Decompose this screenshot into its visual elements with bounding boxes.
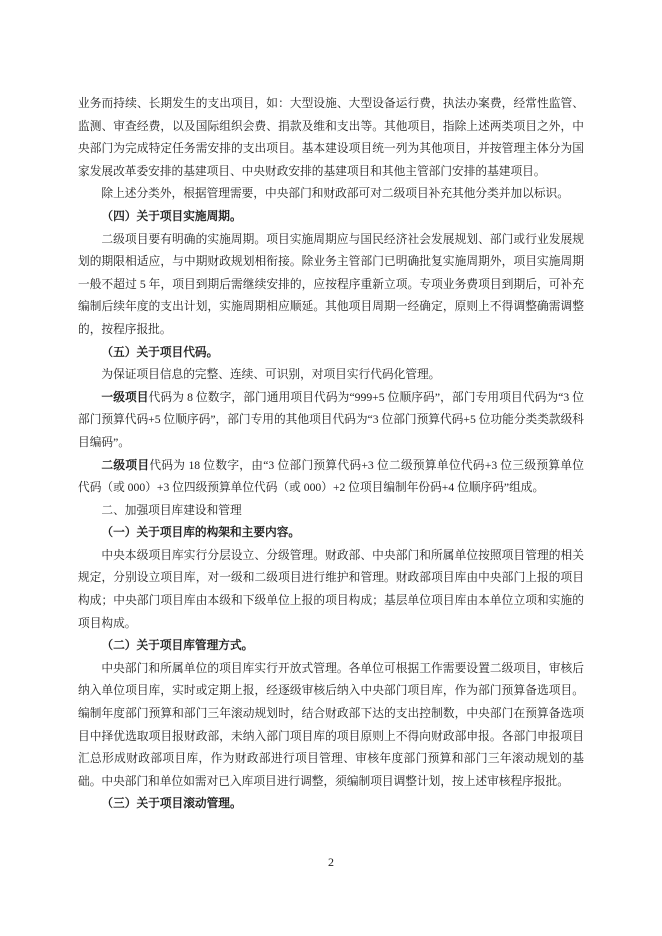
paragraph: 二级项目要有明确的实施周期。项目实施周期应与国民经济社会发展规划、部门或行业发展… [78, 229, 584, 342]
paragraph: 中央部门和所属单位的项目库实行开放式管理。各单位可根据工作需要设置二级项目，审核… [78, 658, 584, 794]
section-heading-text: （三）关于项目滚动管理。 [101, 797, 241, 810]
chapter-heading-text: 二、加强项目库建设和管理 [101, 504, 241, 517]
page-footer: 2 [0, 854, 662, 870]
section-heading-text: （四）关于项目实施周期。 [101, 210, 241, 223]
section-heading: （一）关于项目库的构架和主要内容。 [78, 522, 584, 545]
section-heading-text: （五）关于项目代码。 [101, 346, 218, 359]
section-heading: （五）关于项目代码。 [78, 342, 584, 365]
paragraph: 除上述分类外，根据管理需要，中央部门和财政部可对二级项目补充其他分类并加以标识。 [78, 183, 584, 206]
paragraph: 为保证项目信息的完整、连续、可识别，对项目实行代码化管理。 [78, 364, 584, 387]
section-heading: （四）关于项目实施周期。 [78, 206, 584, 229]
paragraph-text: 代码为 18 位数字，由“3 位部门预算代码+3 位二级预算单位代码+3 位三级… [78, 459, 584, 495]
paragraph-text: 中央部门和所属单位的项目库实行开放式管理。各单位可根据工作需要设置二级项目，审核… [78, 662, 584, 788]
paragraph: 一级项目代码为 8 位数字，部门通用项目代码为“999+5 位顺序码”，部门专用… [78, 387, 584, 455]
bold-term: 二级项目 [101, 459, 149, 472]
document-body: 业务而持续、长期发生的支出项目，如：大型设施、大型设备运行费，执法办案费，经常性… [78, 93, 584, 816]
section-heading-text: （一）关于项目库的构架和主要内容。 [101, 526, 300, 539]
paragraph-text: 为保证项目信息的完整、连续、可识别，对项目实行代码化管理。 [101, 368, 440, 381]
paragraph: 中央本级项目库实行分层设立、分级管理。财政部、中央部门和所属单位按照项目管理的相… [78, 545, 584, 635]
paragraph-text: 业务而持续、长期发生的支出项目，如：大型设施、大型设备运行费，执法办案费，经常性… [78, 97, 584, 178]
paragraph-text: 除上述分类外，根据管理需要，中央部门和财政部可对二级项目补充其他分类并加以标识。 [101, 187, 569, 200]
section-heading: （三）关于项目滚动管理。 [78, 793, 584, 816]
chapter-heading: 二、加强项目库建设和管理 [78, 500, 584, 523]
paragraph: 二级项目代码为 18 位数字，由“3 位部门预算代码+3 位二级预算单位代码+3… [78, 455, 584, 500]
page-number: 2 [328, 855, 334, 869]
paragraph-text: 代码为 8 位数字，部门通用项目代码为“999+5 位顺序码”，部门专用项目代码… [78, 391, 584, 449]
paragraph-text: 中央本级项目库实行分层设立、分级管理。财政部、中央部门和所属单位按照项目管理的相… [78, 549, 584, 630]
section-heading-text: （二）关于项目库管理方式。 [101, 639, 253, 652]
bold-term: 一级项目 [101, 391, 148, 404]
section-heading: （二）关于项目库管理方式。 [78, 635, 584, 658]
document-page: 业务而持续、长期发生的支出项目，如：大型设施、大型设备运行费，执法办案费，经常性… [0, 0, 662, 936]
paragraph-text: 二级项目要有明确的实施周期。项目实施周期应与国民经济社会发展规划、部门或行业发展… [78, 233, 584, 336]
paragraph: 业务而持续、长期发生的支出项目，如：大型设施、大型设备运行费，执法办案费，经常性… [78, 93, 584, 183]
